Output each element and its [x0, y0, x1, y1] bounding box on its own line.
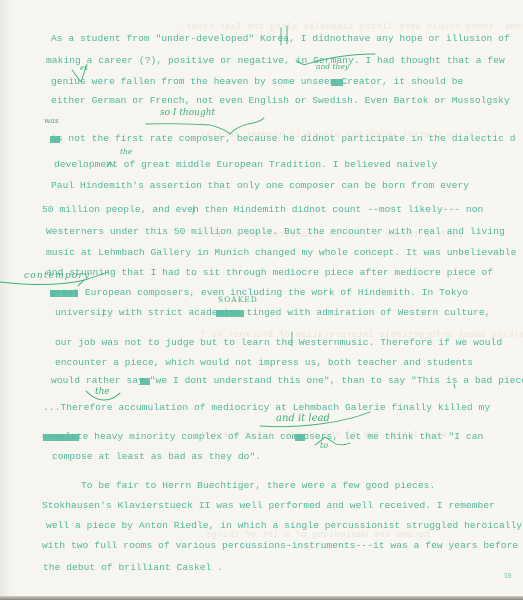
text-line: the debut of brilliant Caskel .: [43, 562, 223, 574]
document-page: Spring came. Young couple were lining si…: [0, 0, 523, 600]
annotation-and-it-lead: and it lead: [276, 413, 330, 424]
strikeout-let: [295, 434, 305, 441]
page-number: 59: [504, 572, 511, 580]
text-line: well a piece by Anton Riedle, in which a…: [46, 520, 522, 532]
annotation-the: the: [120, 147, 132, 156]
text-line: Stokhausen's Klavierstueck II was well p…: [42, 500, 495, 512]
text-line: To be fair to Herrn Buechtiger, there we…: [81, 480, 435, 492]
strikeout-is: [50, 136, 60, 143]
strikeout-we: [140, 378, 150, 385]
annotation-and-they: and they: [316, 62, 349, 71]
text-line: with two full rooms of various percussio…: [42, 540, 518, 552]
text-line: compose at least as bad as they do".: [52, 451, 261, 463]
annotation-the: the: [95, 387, 110, 397]
text-line: music at Lehmbach Gallery in Munich chan…: [46, 247, 516, 259]
text-line: 50 million people, and even then Hindemi…: [42, 204, 483, 216]
text-line: development of great middle European Tra…: [54, 159, 437, 171]
text-line: great European composers, even including…: [50, 287, 468, 299]
strikeout-tinged: [216, 310, 244, 317]
text-line: As a student from "under-developed" Kore…: [51, 33, 510, 45]
text-line: our job was not to judge but to learn th…: [55, 337, 502, 349]
strikeout-great: [50, 290, 78, 297]
text-line: and stunning that I had to sit through m…: [46, 267, 493, 279]
text-line: making a career (?), positive or negativ…: [46, 55, 505, 67]
annotation-soaked: SOAKED: [218, 295, 258, 304]
text-line: university with strict academism tinged …: [55, 307, 491, 319]
text-line: Paul Hindemith's assertion that only one…: [51, 180, 469, 192]
text-line: would rather say "we I dont understand t…: [51, 375, 523, 387]
annotation-contempory: contempory: [24, 271, 90, 281]
text-line: genius were fallen from the heaven by so…: [51, 76, 463, 88]
strikeout-complete: [43, 434, 79, 441]
text-line: Westerners under this 50 million people.…: [46, 226, 505, 238]
annotation-to: to: [320, 441, 328, 450]
annotation-es: es: [80, 64, 88, 72]
annotation-was: was: [44, 116, 59, 125]
text-line: is not the first rate composer, because …: [51, 133, 516, 145]
text-line: either German or French, not even Englis…: [51, 95, 510, 107]
strikeout-it: [331, 79, 343, 86]
bleed-through-text: Spring came. Young couple were lining si…: [180, 22, 523, 32]
annotation-so-i-thought: so I thought: [160, 108, 215, 118]
page-bottom-edge: [0, 596, 523, 600]
text-line: encounter a piece, which would not impre…: [55, 357, 473, 369]
text-line: ...Therefore accumulation of mediocricy …: [43, 402, 490, 414]
text-line: complete heavy minority complex of Asian…: [42, 431, 483, 443]
